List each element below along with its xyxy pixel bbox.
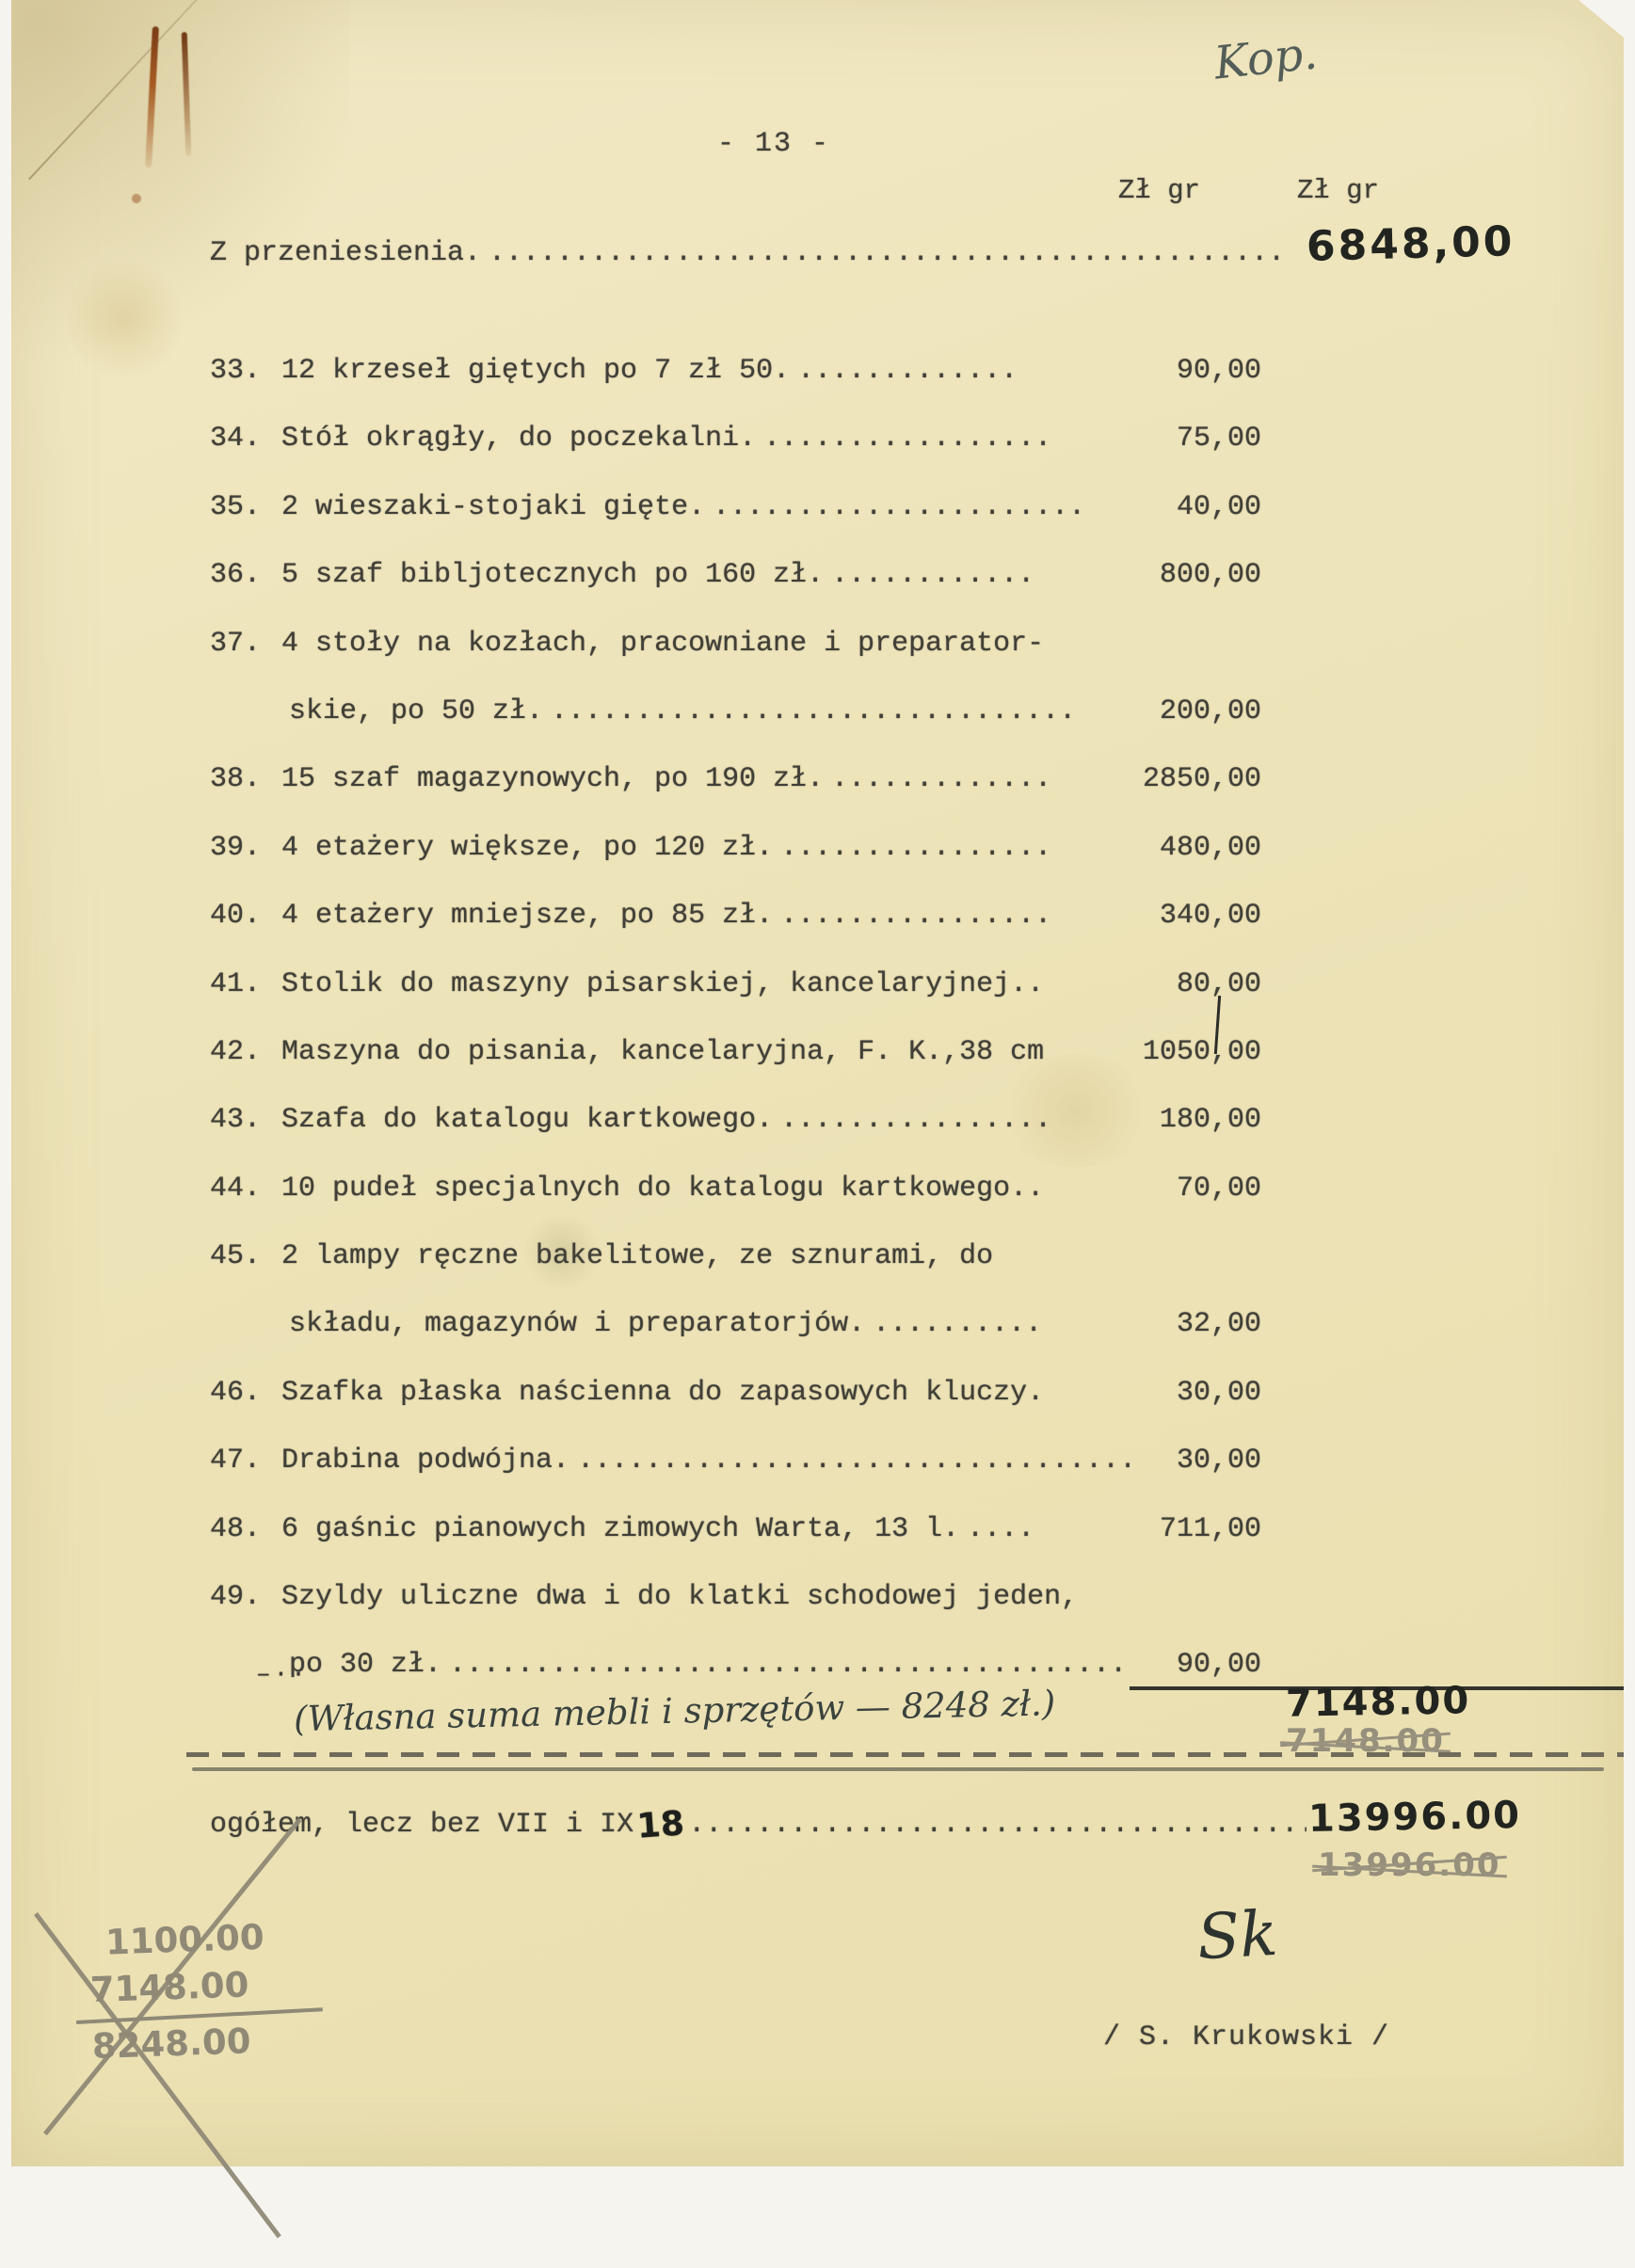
inventory-row: 47.Drabina podwójna.....................… xyxy=(210,1444,1261,1511)
item-value: 2850,00 xyxy=(1130,762,1261,796)
item-text: 5 szaf bibljotecznych po 160 zł. xyxy=(281,558,824,592)
dot-leader: ............. xyxy=(824,762,1130,796)
item-value: 800,00 xyxy=(1130,558,1261,592)
item-value: 1050,00 xyxy=(1130,1035,1261,1069)
inventory-row: 35.2 wieszaki-stojaki gięte.............… xyxy=(210,490,1261,558)
initials-handwritten: Sk xyxy=(1195,1897,1279,1973)
item-text: 10 pudeł specjalnych do katalogu kartkow… xyxy=(281,1172,1044,1206)
dot-leader: .... xyxy=(959,1512,1130,1546)
item-value: 340,00 xyxy=(1130,899,1261,933)
inventory-row: 45.2 lampy ręczne bakelitowe, ze sznuram… xyxy=(210,1239,1261,1307)
item-text: składu, magazynów i preparatorjów. xyxy=(289,1307,865,1341)
item-value: 70,00 xyxy=(1130,1172,1261,1206)
total-crossed-pencil: 13996.00 xyxy=(1318,1846,1501,1884)
item-value: 30,00 xyxy=(1130,1444,1261,1477)
item-number: 37. xyxy=(210,627,281,661)
item-number: 48. xyxy=(210,1512,281,1546)
fold-shade xyxy=(11,0,350,395)
inventory-row: 49.Szyldy uliczne dwa i do klatki schodo… xyxy=(210,1580,1261,1648)
inventory-row: 34.Stół okrągły, do poczekalni..........… xyxy=(210,422,1261,489)
item-number: 36. xyxy=(210,558,281,592)
typed-signature: / S. Krukowski / xyxy=(1103,2021,1389,2053)
binding-stain xyxy=(132,194,141,203)
dot-leader: ...................... xyxy=(705,490,1130,524)
inventory-row: 36.5 szaf bibljotecznych po 160 zł......… xyxy=(210,558,1261,626)
scan-background: { "annotations": { "kop_note": "Kop.", "… xyxy=(0,0,1635,2268)
inventory-row: 46.Szafka płaska naścienna do zapasowych… xyxy=(210,1376,1261,1444)
item-number: 45. xyxy=(210,1239,281,1273)
inventory-row: 41.Stolik do maszyny pisarskiej, kancela… xyxy=(210,967,1261,1035)
item-value: 480,00 xyxy=(1130,831,1261,865)
item-value: 30,00 xyxy=(1130,1376,1261,1410)
item-number: 41. xyxy=(210,967,281,1001)
inventory-row: 42.Maszyna do pisania, kancelaryjna, F. … xyxy=(210,1035,1261,1103)
item-number: 47. xyxy=(210,1444,281,1477)
item-text: Drabina podwójna. xyxy=(281,1444,569,1477)
item-value: 711,00 xyxy=(1130,1512,1261,1546)
stain xyxy=(68,254,181,386)
inventory-row: składu, magazynów i preparatorjów.......… xyxy=(210,1307,1261,1375)
dot-leader: ................ xyxy=(773,831,1130,865)
subtotal-handwritten: 7148.00 xyxy=(1286,1679,1471,1725)
total-handwritten: 13996.00 xyxy=(1308,1794,1522,1841)
solid-divider xyxy=(192,1767,1604,1771)
item-text: Stół okrągły, do poczekalni. xyxy=(281,422,756,455)
item-value: 40,00 xyxy=(1130,490,1261,524)
dot-leader: ................ xyxy=(773,1103,1130,1137)
dashed-divider xyxy=(186,1752,1624,1757)
item-number: 34. xyxy=(210,422,281,455)
dot-leader: ........................................ xyxy=(569,1444,1130,1477)
item-number: 33. xyxy=(210,354,281,388)
item-text: 4 etażery mniejsze, po 85 zł. xyxy=(281,899,773,933)
item-value: 200,00 xyxy=(1130,695,1261,728)
inventory-row: 38.15 szaf magazynowych, po 190 zł......… xyxy=(210,762,1261,830)
item-text: 12 krzeseł giętych po 7 zł 50. xyxy=(281,354,790,388)
item-text: po 30 zł. xyxy=(289,1648,441,1682)
item-number: 49. xyxy=(210,1580,281,1614)
item-text: Szafka płaska naścienna do zapasowych kl… xyxy=(281,1376,1044,1410)
inventory-row: 48.6 gaśnic pianowych zimowych Warta, 13… xyxy=(210,1512,1261,1580)
item-text: 4 etażery większe, po 120 zł. xyxy=(281,831,773,865)
item-number: 38. xyxy=(210,762,281,796)
item-number: 42. xyxy=(210,1035,281,1069)
item-value: 90,00 xyxy=(1130,1648,1261,1682)
dot-leader: ................. xyxy=(756,422,1130,455)
currency-column-header-1: Zł gr xyxy=(1118,175,1200,206)
item-number: 43. xyxy=(210,1103,281,1137)
pencil-addend-2: 7148.00 xyxy=(89,1959,317,2014)
dot-leader: .......... xyxy=(865,1307,1130,1341)
carryover-row: Z przeniesienia. .......................… xyxy=(210,237,1302,269)
inventory-row: 40.4 etażery mniejsze, po 85 zł.........… xyxy=(210,899,1261,966)
total-label: ogółem, lecz bez VII i IX xyxy=(210,1809,633,1841)
dot-leader: ............. xyxy=(790,354,1130,388)
item-text: skie, po 50 zł. xyxy=(289,695,543,728)
item-text: 2 wieszaki-stojaki gięte. xyxy=(281,490,705,524)
carryover-value-handwritten: 6848,00 xyxy=(1306,217,1515,271)
inventory-row: 43.Szafa do katalogu kartkowego.........… xyxy=(210,1103,1261,1171)
dot-leader: ........................................… xyxy=(688,1809,1306,1841)
inventory-row: 39.4 etażery większe, po 120 zł.........… xyxy=(210,831,1261,899)
inventory-row: skie, po 50 zł..........................… xyxy=(210,695,1261,762)
margin-mark: –·· xyxy=(256,1660,309,1688)
items-list: 33.12 krzeseł giętych po 7 zł 50........… xyxy=(210,354,1261,1717)
item-value: 180,00 xyxy=(1130,1103,1261,1137)
item-text: Szafa do katalogu kartkowego. xyxy=(281,1103,773,1137)
item-value: 75,00 xyxy=(1130,422,1261,455)
dot-leader: ............ xyxy=(824,558,1130,592)
dot-leader: ............................... xyxy=(543,695,1130,728)
item-number: 46. xyxy=(210,1376,281,1410)
dot-leader: ........................................… xyxy=(481,237,1302,269)
carryover-label: Z przeniesienia. xyxy=(210,237,481,269)
item-number: 39. xyxy=(210,831,281,865)
item-number: 40. xyxy=(210,899,281,933)
dot-leader: ................ xyxy=(773,899,1130,933)
item-text: Stolik do maszyny pisarskiej, kancelaryj… xyxy=(281,967,1044,1001)
item-text: 6 gaśnic pianowych zimowych Warta, 13 l. xyxy=(281,1512,959,1546)
item-text: Szyldy uliczne dwa i do klatki schodowej… xyxy=(281,1580,1078,1614)
inventory-row: 44.10 pudeł specjalnych do katalogu kart… xyxy=(210,1172,1261,1239)
item-text: Maszyna do pisania, kancelaryjna, F. K.,… xyxy=(281,1035,1044,1069)
item-value: 32,00 xyxy=(1130,1307,1261,1341)
item-text: 2 lampy ręczne bakelitowe, ze sznurami, … xyxy=(281,1239,993,1273)
page-number: - 13 - xyxy=(717,128,830,160)
total-row: ogółem, lecz bez VII i IX 18 ...........… xyxy=(210,1809,1306,1847)
dot-leader: ........................................… xyxy=(441,1648,1130,1682)
pencil-sum: 8248.00 xyxy=(91,2016,319,2070)
item-number: 44. xyxy=(210,1172,281,1206)
item-value: 90,00 xyxy=(1130,354,1261,388)
inventory-row: 33.12 krzeseł giętych po 7 zł 50........… xyxy=(210,354,1261,422)
inserted-number-handwritten: 18 xyxy=(635,1804,685,1845)
kop-annotation: Kop. xyxy=(1211,26,1320,89)
item-text: 15 szaf magazynowych, po 190 zł. xyxy=(281,762,824,796)
item-text: 4 stoły na kozłach, pracowniane i prepar… xyxy=(281,627,1044,661)
item-value: 80,00 xyxy=(1130,967,1261,1001)
inventory-row: 37.4 stoły na kozłach, pracowniane i pre… xyxy=(210,627,1261,695)
currency-column-header-2: Zł gr xyxy=(1297,175,1379,206)
item-number: 35. xyxy=(210,490,281,524)
